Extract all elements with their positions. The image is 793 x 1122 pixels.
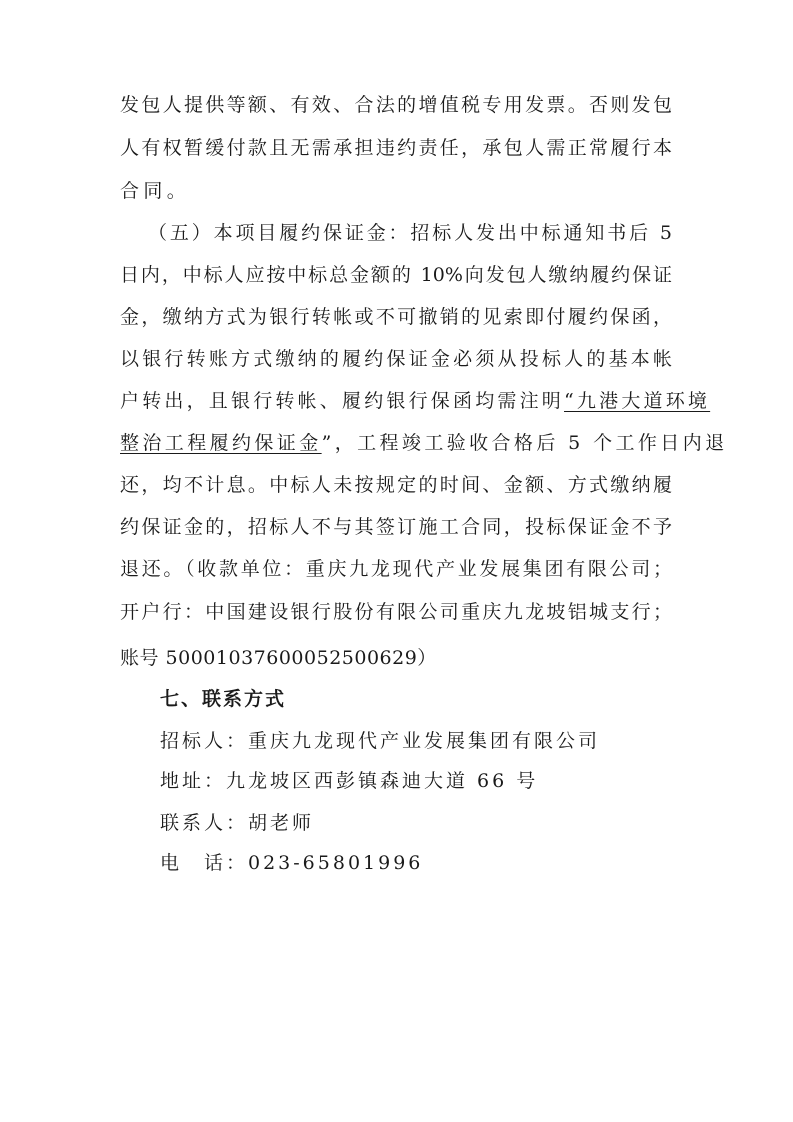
section-heading: 七、联系方式: [160, 687, 712, 711]
body-line: 日内，中标人应按中标总金额的 10%向发包人缴纳履约保证: [120, 263, 672, 287]
body-line: 还，均不计息。中标人未按规定的时间、金额、方式缴纳履: [120, 473, 672, 497]
body-line: 合同。: [120, 179, 672, 203]
body-line: 整治工程履约保证金”，工程竣工验收合格后 5 个工作日内退: [120, 431, 672, 455]
body-line: 金，缴纳方式为银行转帐或不可撤销的见索即付履约保函，: [120, 305, 672, 329]
body-text: ”，工程竣工验收合格后 5 个工作日内退: [322, 432, 728, 454]
body-line: 户转出，且银行转帐、履约银行保函均需注明“九港大道环境: [120, 389, 672, 413]
body-line: 开户行：中国建设银行股份有限公司重庆九龙坡铝城支行；: [120, 600, 672, 624]
body-line: 人有权暂缓付款且无需承担违约责任，承包人需正常履行本: [120, 136, 672, 160]
project-name-underlined: “九港大道环境: [564, 390, 710, 412]
body-line: 发包人提供等额、有效、合法的增值税专用发票。否则发包: [120, 93, 672, 117]
project-name-underlined: 整治工程履约保证金: [120, 432, 322, 454]
body-line: （五）本项目履约保证金：招标人发出中标通知书后 5: [148, 221, 672, 245]
contact-person: 联系人：胡老师: [160, 811, 712, 835]
body-line: 以银行转账方式缴纳的履约保证金必须从投标人的基本帐: [120, 347, 672, 371]
body-line: 约保证金的，招标人不与其签订施工合同，投标保证金不予: [120, 515, 672, 539]
contact-tenderer: 招标人：重庆九龙现代产业发展集团有限公司: [160, 729, 712, 753]
body-line: 退还。（收款单位：重庆九龙现代产业发展集团有限公司；: [120, 557, 672, 581]
document-page: 发包人提供等额、有效、合法的增值税专用发票。否则发包 人有权暂缓付款且无需承担违…: [0, 0, 793, 1122]
contact-address: 地址：九龙坡区西彭镇森迪大道 66 号: [160, 769, 712, 793]
body-text: 户转出，且银行转帐、履约银行保函均需注明: [120, 390, 564, 412]
contact-phone: 电 话：023-65801996: [160, 851, 712, 875]
bank-account-line: 账号 50001037600052500629）: [120, 646, 672, 670]
